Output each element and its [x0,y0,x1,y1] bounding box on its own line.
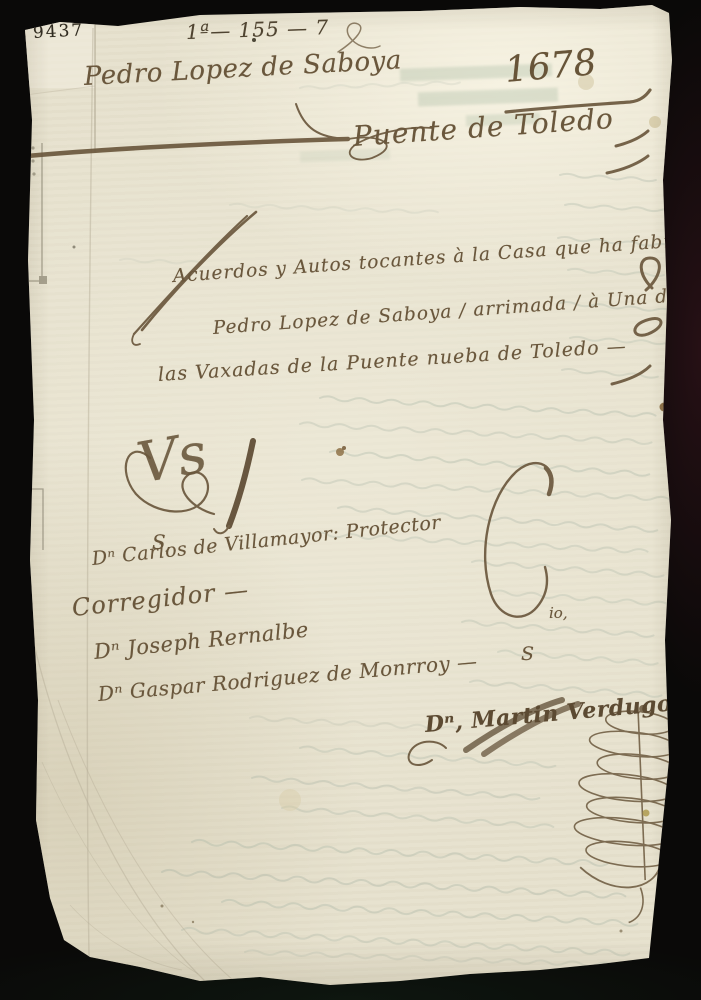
summary-line: Pedro Lopez de Saboya / arrimada / à Una… [212,285,680,339]
manuscript-page: 9437 1ª— 155 — 7 Pedro Lopez de Saboya 1… [0,0,701,1000]
official-name: Dⁿ Carlos de Villamayor: Protector [91,511,442,570]
docket-title: Puente de Toledo [352,102,615,153]
signature-name: Dⁿ, Martin Verdugo [424,690,673,738]
paraph-monogram: Vs [132,420,211,496]
official-name: Dⁿ Joseph Rernalbe [93,618,310,664]
flourish-letter: S [521,643,534,665]
summary-line: Acuerdos y Autos tocantes à la Casa que … [172,227,701,287]
archive-number-stamp: 9437 [32,20,84,43]
official-title: Corregidor — [71,575,251,621]
pencil-margin-marks [20,143,47,550]
photograph-background: { "colors": { "background": "#0a0908", "… [0,0,701,1000]
docket-name: Pedro Lopez de Saboya [83,45,402,92]
bleed-through-stamp [418,88,558,107]
signature-rubric-spiral [565,697,687,926]
folio-notation: 1ª— 155 — 7 [186,15,330,44]
paper-creases [25,20,240,986]
year-heading: 1678 [503,42,598,91]
summary-line: las Vaxadas de la Puente nueba de Toledo… [157,335,627,386]
flourish-letters: io, [549,604,568,622]
